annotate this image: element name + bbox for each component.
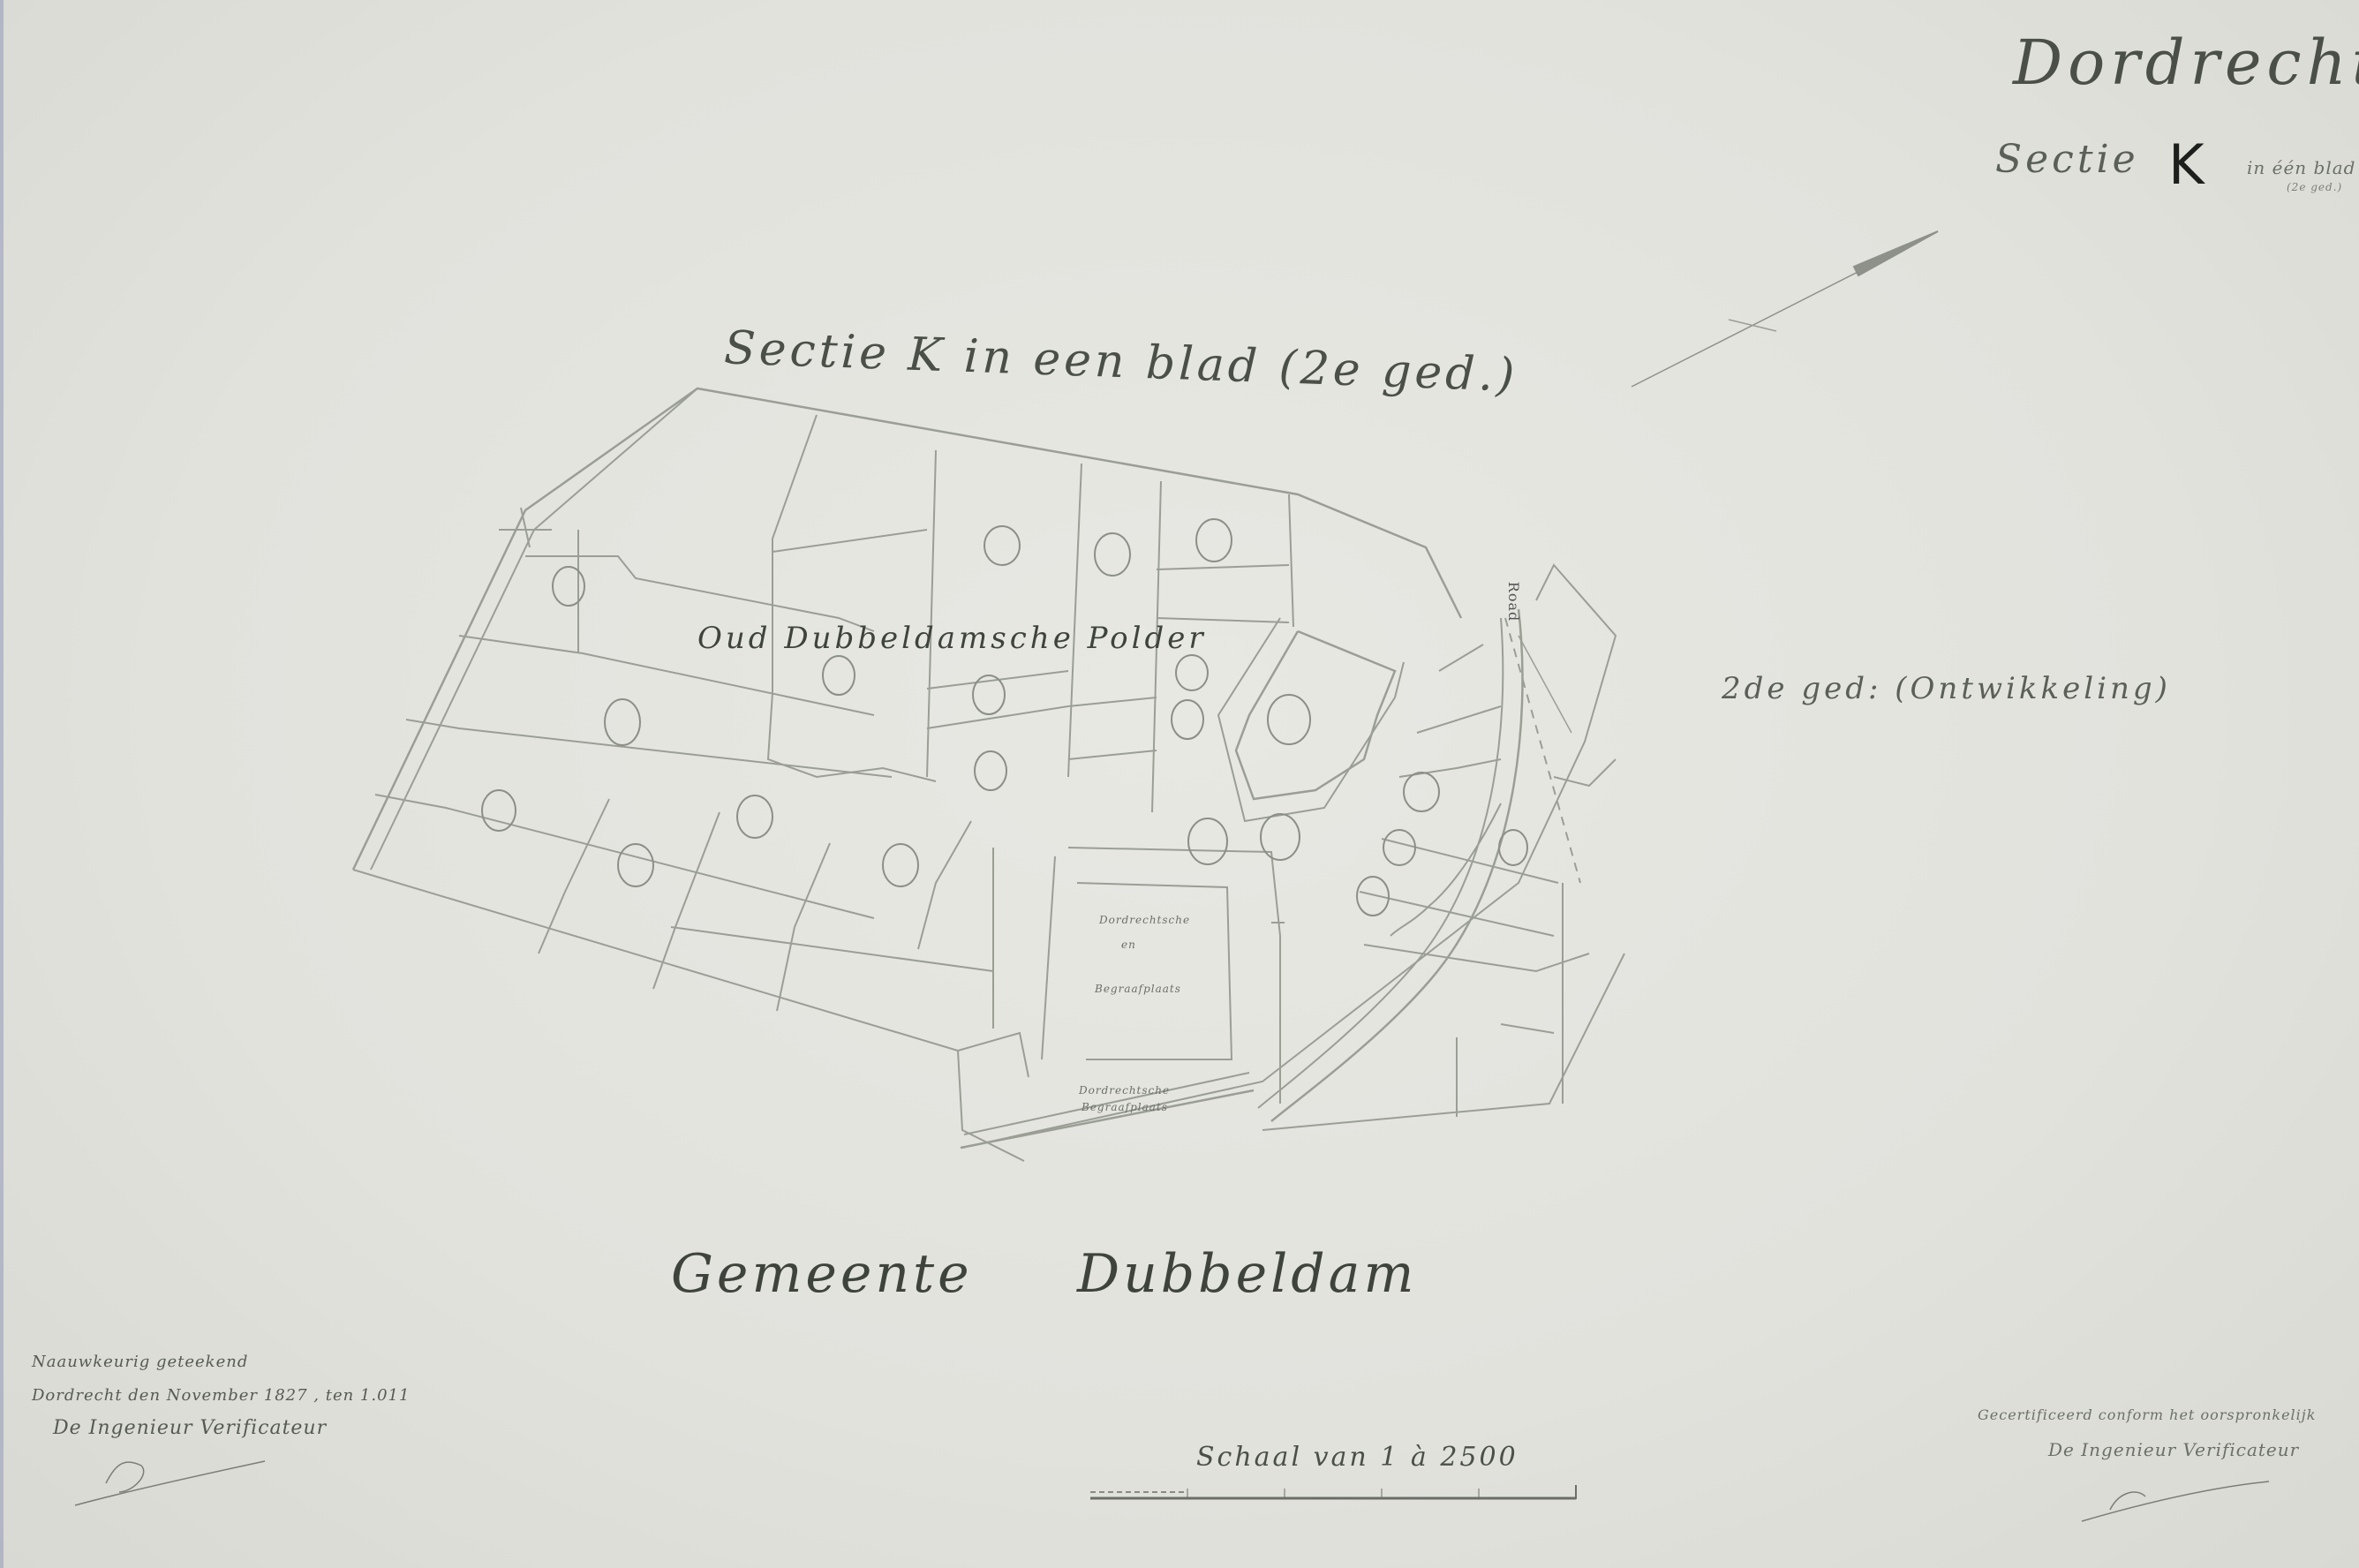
scale-label: Schaal van 1 à 2500 (1196, 1442, 1519, 1473)
map-title-place: Dordrecht. (2013, 26, 2359, 99)
note-left-line1: Naauwkeurig geteekend (32, 1353, 248, 1371)
map-sheet-sub: (2e ged.) (2287, 181, 2342, 193)
cadastral-map-drawing (0, 0, 2359, 1568)
signature-right (2082, 1481, 2269, 1521)
second-part-label: 2de ged: (Ontwikkeling) (1722, 671, 2171, 706)
map-section-letter: K (2168, 132, 2204, 197)
lower-plot-label-1: Dordrechtsche (1079, 1084, 1170, 1097)
map-sheet: Dordrecht. Sectie K in één blad (2e ged.… (0, 0, 2359, 1568)
municipality-name: Dubbeldam (1077, 1243, 1417, 1305)
lower-plot-label-2: Begraafplaats (1082, 1101, 1168, 1113)
signature-left (75, 1461, 265, 1505)
municipality-word: Gemeente (671, 1243, 973, 1305)
moated-estate (1236, 631, 1395, 799)
note-right-line1: Gecertificeerd conform het oorspronkelij… (1978, 1406, 2316, 1423)
note-left-line2: Dordrecht den November 1827 , ten 1.011 (32, 1386, 410, 1405)
note-right-line2: De Ingenieur Verificateur (2048, 1439, 2299, 1460)
map-section-label: Sectie (1995, 137, 2139, 182)
north-arrow-icon (1632, 231, 1938, 387)
note-left-line3: De Ingenieur Verificateur (53, 1417, 327, 1439)
polder-label: Oud Dubbeldamsche Polder (697, 621, 1207, 656)
cemetery-label-3: Begraafplaats (1095, 983, 1181, 995)
cemetery-label-2: en (1121, 939, 1136, 951)
scale-bar (1090, 1485, 1576, 1499)
road-label: Road (1505, 582, 1522, 622)
cemetery-label-1: Dordrechtsche (1099, 914, 1190, 926)
map-sheet-note: in één blad (2247, 157, 2355, 178)
